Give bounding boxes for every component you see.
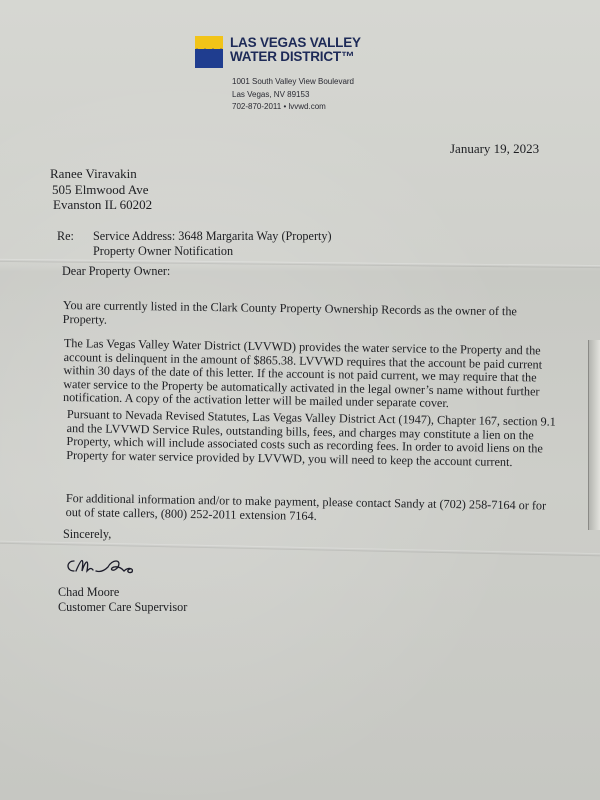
signer-name: Chad Moore (58, 585, 187, 600)
handwritten-signature-icon (62, 553, 152, 579)
re-subject: Service Address: 3648 Margarita Way (Pro… (93, 229, 332, 258)
recipient-city: Evanston IL 60202 (50, 197, 152, 213)
signer-title: Customer Care Supervisor (58, 600, 187, 615)
org-name: LAS VEGAS VALLEY WATER DISTRICT™ (230, 36, 361, 64)
org-address: 1001 South Valley View Boulevard Las Veg… (232, 76, 354, 114)
background-edge (588, 340, 600, 530)
recipient-name: Ranee Viravakin (50, 166, 152, 182)
recipient-address: Ranee Viravakin 505 Elmwood Ave Evanston… (50, 166, 152, 213)
water-wave-logo-icon (195, 36, 223, 70)
body-paragraph-3: Pursuant to Nevada Revised Statutes, Las… (66, 408, 557, 470)
closing: Sincerely, (63, 528, 111, 542)
body-paragraph-2: The Las Vegas Valley Water District (LVV… (63, 337, 554, 413)
re-label: Re: (57, 230, 74, 244)
recipient-street: 505 Elmwood Ave (50, 182, 152, 198)
letter-date: January 19, 2023 (450, 142, 539, 156)
signer-block: Chad Moore Customer Care Supervisor (58, 585, 187, 615)
salutation: Dear Property Owner: (62, 265, 170, 279)
